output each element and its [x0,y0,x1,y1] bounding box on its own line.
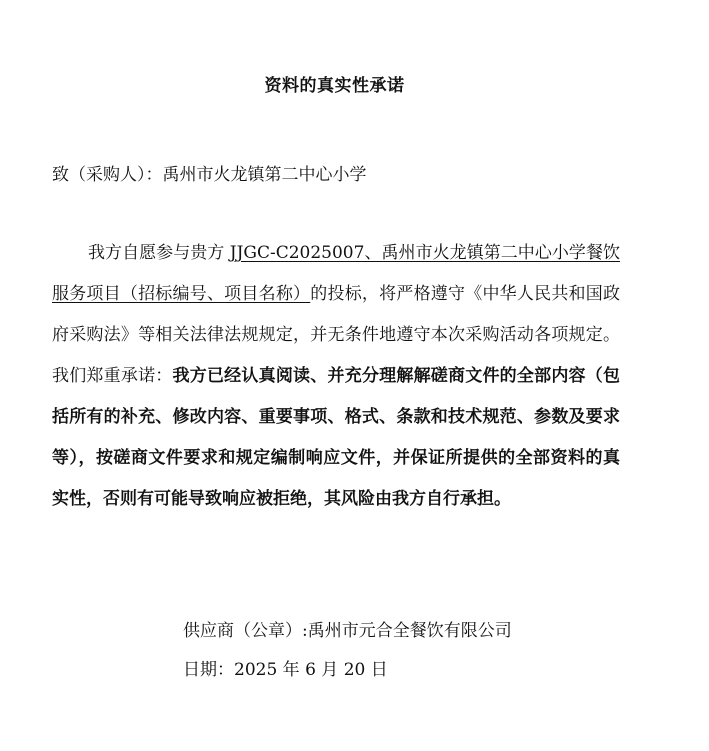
date-value: 2025 年 6 月 20 日 [234,660,388,680]
commitment-paragraph: 我方自愿参与贵方 JJGC-C2025007、禹州市火龙镇第二中心小学餐饮服务项… [52,233,620,520]
document-title: 资料的真实性承诺 [0,71,669,96]
intro-text: 我方自愿参与贵方 [88,243,230,263]
recipient-line: 致（采购人）：禹州市火龙镇第二中心小学 [52,160,367,185]
supplier-name: 禹州市元合全餐饮有限公司 [308,621,512,641]
bold-commitment: 我方已经认真阅读、并充分理解解磋商文件的全部内容（包括所有的补充、修改内容、重要… [52,366,620,509]
date-line: 日期：2025 年 6 月 20 日 [183,655,388,680]
recipient-label: 致（采购人）： [52,165,163,185]
supplier-signature-line: 供应商（公章）:禹州市元合全餐饮有限公司 [183,616,512,641]
date-label: 日期： [183,660,234,680]
supplier-label: 供应商（公章）: [183,621,308,641]
recipient-name: 禹州市火龙镇第二中心小学 [163,165,367,185]
